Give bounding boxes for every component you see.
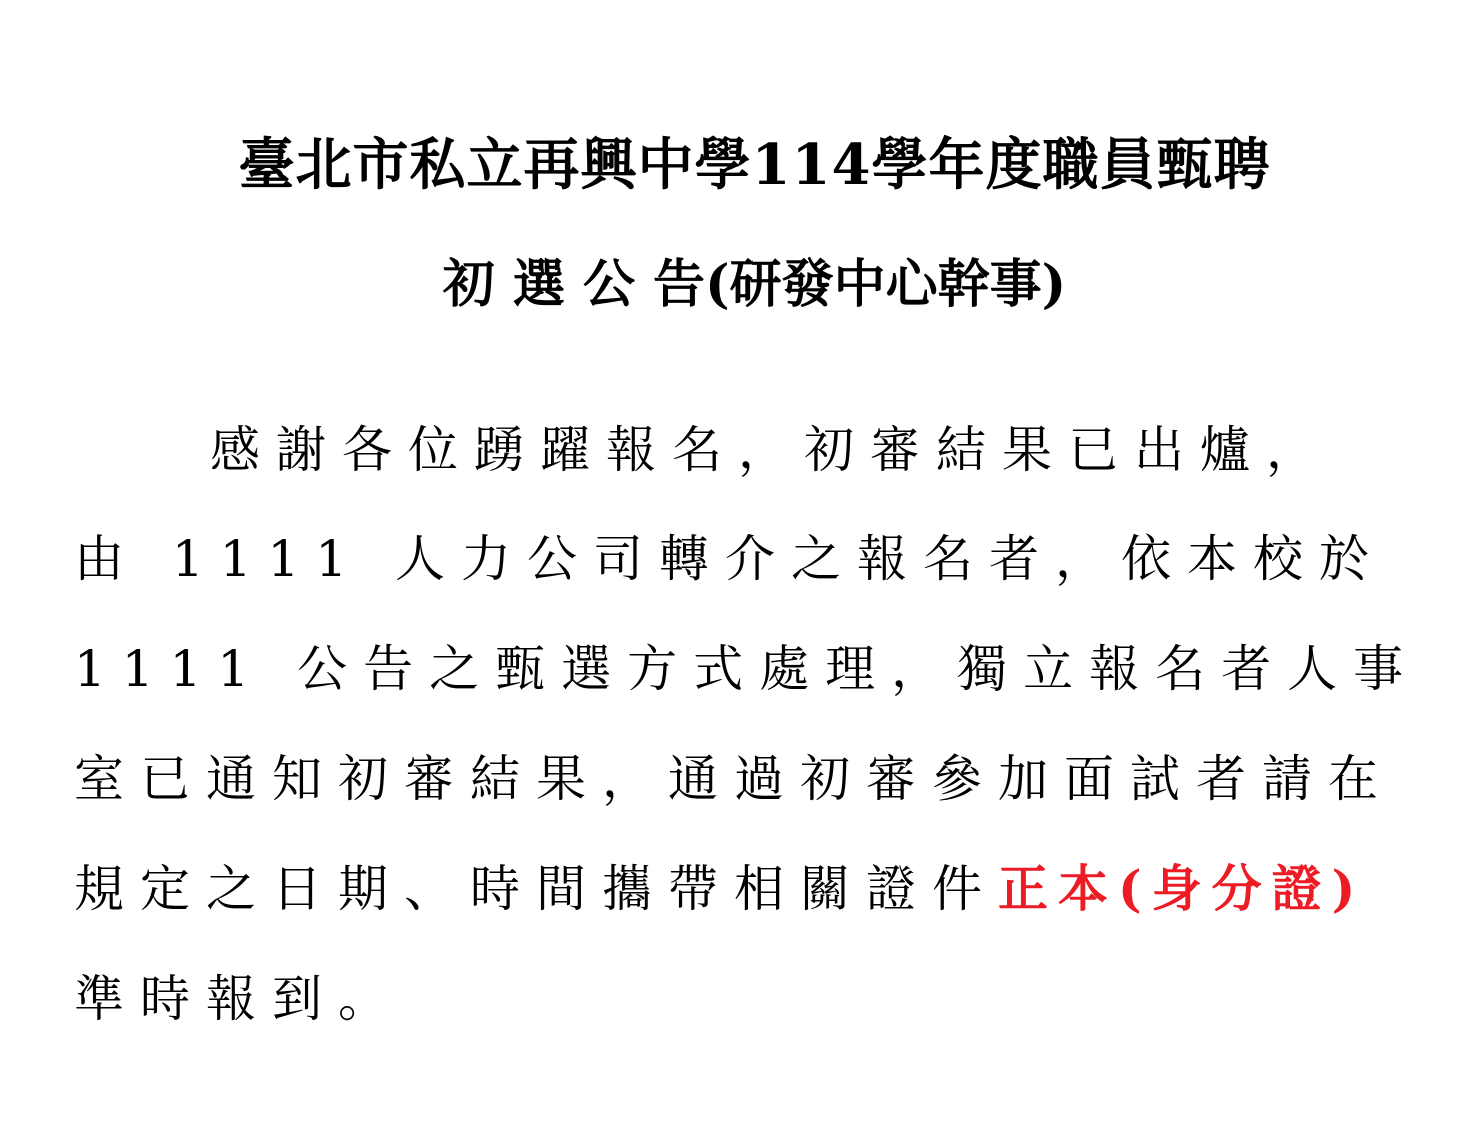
body-line-5-text: 規定之日期、時間攜帶相關證件 (74, 860, 998, 918)
body-line-6: 準時報到。 (74, 967, 404, 1031)
body-line-1: 感謝各位踴躍報名，初審結果已出爐， (210, 418, 1332, 482)
document-title: 臺北市私立再興中學114學年度職員甄聘 (0, 130, 1479, 200)
body-line-2: 由 1111 人力公司轉介之報名者，依本校於 (74, 527, 1385, 591)
body-line-5: 規定之日期、時間攜帶相關證件正本(身分證) (74, 857, 1365, 921)
body-line-3: 1111 公告之甄選方式處理，獨立報名者人事 (74, 637, 1419, 701)
required-document-highlight: 正本(身分證) (998, 859, 1365, 918)
document-subtitle: 初 選 公 告(研發中心幹事) (0, 250, 1479, 320)
body-line-4: 室已通知初審結果，通過初審參加面試者請在 (74, 747, 1394, 811)
